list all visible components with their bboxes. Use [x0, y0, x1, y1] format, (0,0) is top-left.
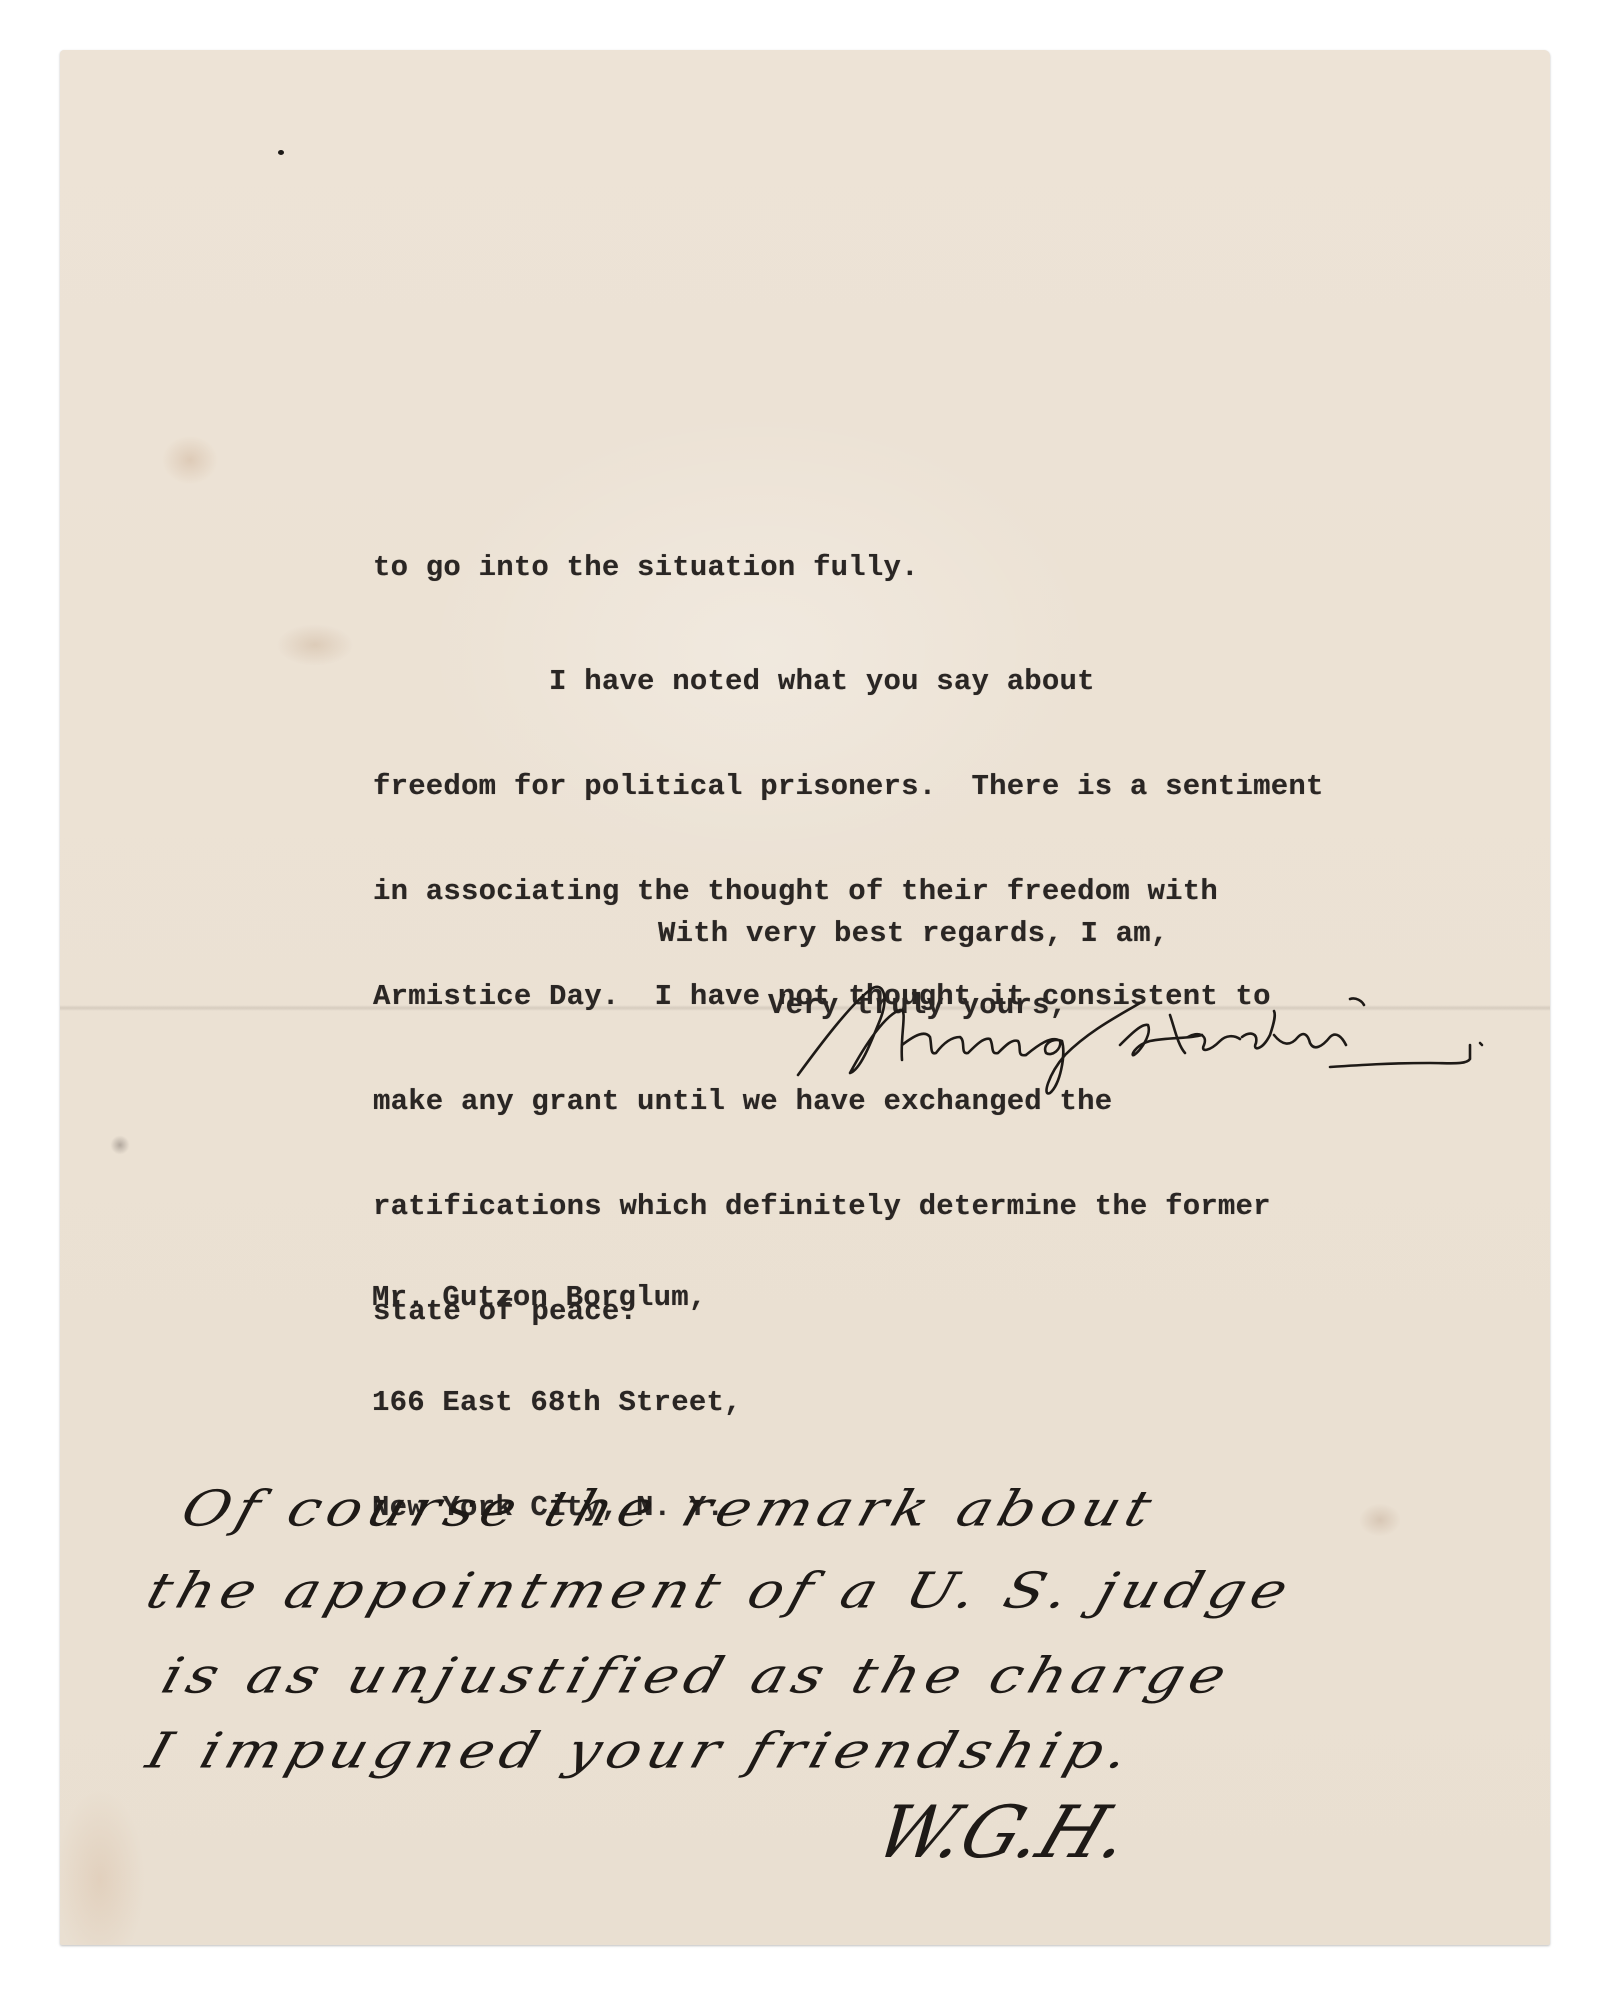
- postscript-line: the appointment of a U. S. judge: [140, 1561, 1301, 1621]
- handwritten-signature: Warren G Harding: [790, 975, 1490, 1095]
- address-line: Mr. Gutzon Borglum,: [372, 1280, 742, 1315]
- paragraph-line: freedom for political prisoners. There i…: [373, 769, 1324, 804]
- paragraph-line: I have noted what you say about: [373, 664, 1324, 699]
- postscript-line: Of course the remark about: [175, 1479, 1164, 1539]
- postscript-initials: W.G.H.: [865, 1790, 1143, 1874]
- ink-speck: [278, 150, 284, 155]
- opening-line: to go into the situation fully.: [373, 550, 919, 585]
- postscript-line: is as unjustified as the charge: [155, 1646, 1239, 1706]
- address-line: 166 East 68th Street,: [372, 1385, 742, 1420]
- postscript-line: I impugned your friendship.: [140, 1721, 1142, 1781]
- signature-strokes: [790, 975, 1490, 1095]
- letter-page: to go into the situation fully. I have n…: [60, 50, 1550, 1945]
